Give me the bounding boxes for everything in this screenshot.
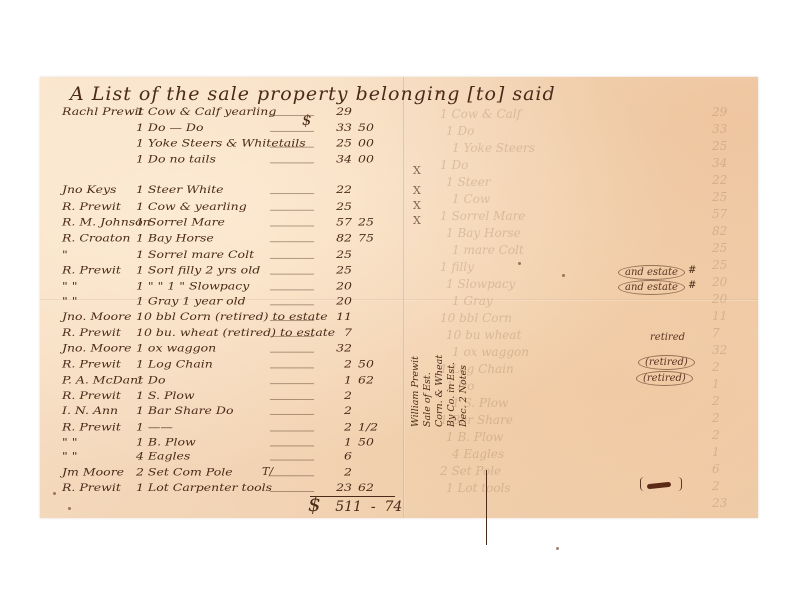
- bleedthrough-line: 1 Yoke Steers: [452, 141, 535, 155]
- item-description: 4 Eagles: [136, 450, 190, 462]
- bleedthrough-amount: 25: [712, 258, 727, 272]
- amount-dollars: 2: [322, 358, 352, 370]
- amount-dollars: 22: [322, 183, 352, 195]
- bleedthrough-line: 1 Do: [446, 379, 474, 393]
- amount-dollars: 2: [322, 465, 352, 477]
- ledger-rule: [270, 368, 314, 369]
- amount-cents: 50: [358, 358, 386, 370]
- bleedthrough-line: 10 bu wheat: [446, 328, 521, 342]
- bleedthrough-amount: 7: [712, 326, 720, 340]
- item-description: 1 ——: [136, 421, 173, 433]
- item-description: 1 Steer White: [136, 183, 224, 195]
- amount-dollars: 25: [322, 264, 352, 276]
- buyer-name: " ": [62, 294, 77, 306]
- buyer-name: Rachl Prewit: [62, 105, 144, 117]
- endorsement-line: By Co. in Est.: [446, 327, 458, 427]
- ledger-rule: [270, 304, 314, 305]
- buyer-name: Jm Moore: [62, 465, 124, 477]
- item-description: 1 Cow & Calf yearling: [136, 105, 276, 117]
- amount-dollars: 33: [322, 121, 352, 133]
- vertical-fold: [403, 77, 405, 518]
- amount-dollars: 1: [322, 436, 352, 448]
- bleedthrough-amount: 29: [712, 105, 727, 119]
- bleedthrough-line: 1 Steer: [446, 175, 490, 189]
- bleedthrough-amount: 1: [712, 445, 720, 459]
- item-description: 2 Set Com Pole: [136, 465, 233, 477]
- amount-dollars: 11: [322, 310, 352, 322]
- item-description: 1 Lot Carpenter tools: [136, 481, 272, 493]
- bleedthrough-line: 1 S. Plow: [452, 396, 508, 410]
- buyer-name: R. Prewit: [62, 421, 121, 433]
- endorsement-line: William Prewit: [410, 327, 422, 427]
- bleedthrough-amount: 20: [712, 275, 727, 289]
- buyer-name: R. Croaton: [62, 231, 130, 243]
- ink-spot: [68, 507, 71, 510]
- buyer-name: Jno. Moore: [62, 310, 132, 322]
- endorsement-line: Corn. & Wheat: [434, 327, 446, 427]
- ledger-rule: [270, 147, 314, 148]
- circled-note: (retired): [638, 355, 695, 370]
- bleedthrough-line: 10 bbl Corn: [440, 311, 512, 325]
- buyer-name: R. Prewit: [62, 326, 121, 338]
- ledger-row: R. Croaton1 Bay Horse8275: [40, 231, 403, 249]
- margin-mark: T/: [262, 465, 273, 478]
- circled-note: and estate: [618, 280, 685, 295]
- ink-spot: [518, 262, 521, 265]
- bleedthrough-amount: 6: [712, 462, 720, 476]
- ledger-row: Jno Keys1 Steer White22: [40, 183, 403, 201]
- amount-cents: 50: [358, 121, 386, 133]
- buyer-name: P. A. McDant: [62, 373, 143, 385]
- buyer-name: R. Prewit: [62, 358, 121, 370]
- item-description: 1 B. Plow: [136, 436, 196, 448]
- bleedthrough-line: 1 B. Plow: [446, 430, 503, 444]
- item-description: 1 Sorrel Mare: [136, 216, 225, 228]
- bleedthrough-amount: 22: [712, 173, 727, 187]
- bleedthrough-amount: 25: [712, 190, 727, 204]
- amount-dollars: 25: [322, 200, 352, 212]
- item-description: 1 Bar Share Do: [136, 404, 233, 416]
- bleedthrough-line: 1 ox waggon: [452, 345, 529, 359]
- dollar-sign-mark: $: [302, 111, 312, 129]
- buyer-name: " ": [62, 280, 77, 292]
- bleedthrough-amount: 34: [712, 156, 727, 170]
- amount-cents: 00: [358, 153, 386, 165]
- amount-dollars: 2: [322, 421, 352, 433]
- amount-dollars: 57: [322, 216, 352, 228]
- amount-dollars: 29: [322, 105, 352, 117]
- buyer-name: Jno Keys: [62, 183, 116, 195]
- amount-dollars: 6: [322, 450, 352, 462]
- amount-cents: 50: [358, 436, 386, 448]
- amount-dollars: 82: [322, 231, 352, 243]
- ledger-rule: [270, 289, 314, 290]
- bleedthrough-line: 1 Bar Share: [440, 413, 513, 427]
- item-description: 1 Bay Horse: [136, 231, 214, 243]
- amount-dollars: 20: [322, 280, 352, 292]
- ledger-rule: [270, 320, 314, 321]
- ink-spot: [438, 91, 441, 94]
- ledger-rule: [270, 399, 314, 400]
- bleedthrough-line: 1 filly: [440, 260, 474, 274]
- buyer-name: Jno. Moore: [62, 342, 132, 354]
- ink-spot: [556, 547, 559, 550]
- item-description: 1 S. Plow: [136, 389, 195, 401]
- amount-cents: 1/2: [358, 421, 386, 433]
- bleedthrough-amount: 82: [712, 224, 727, 238]
- amount-dollars: 1: [322, 373, 352, 385]
- ledger-rule: [270, 414, 314, 415]
- item-description: 1 " " 1 " Slowpacy: [136, 280, 249, 292]
- bleedthrough-line: 1 Cow & Calf: [440, 107, 521, 121]
- bleedthrough-amount: 1: [712, 377, 720, 391]
- item-description: 1 Sorrel mare Colt: [136, 248, 254, 260]
- ledger-row: I. N. Ann1 Bar Share Do2: [40, 404, 403, 422]
- note-mark: #: [688, 265, 696, 276]
- ledger-rule: [270, 274, 314, 275]
- bleedthrough-line: 1 Log Chain: [440, 362, 514, 376]
- item-description: 1 ox waggon: [136, 342, 216, 354]
- ledger-rule: [270, 162, 314, 163]
- item-description: 1 Do — Do: [136, 121, 203, 133]
- ledger-rule: [270, 258, 314, 259]
- note-mark: #: [688, 280, 696, 291]
- ledger-total: $ 511 - 74: [308, 492, 402, 516]
- bleedthrough-line: 1 Cow: [452, 192, 490, 206]
- amount-dollars: 34: [322, 153, 352, 165]
- buyer-name: R. Prewit: [62, 389, 121, 401]
- item-description: 1 Sorl filly 2 yrs old: [136, 264, 260, 276]
- ledger-rule: [270, 431, 314, 432]
- bleedthrough-amount: 2: [712, 479, 720, 493]
- bleedthrough-amount: 25: [712, 139, 727, 153]
- amount-dollars: 25: [322, 137, 352, 149]
- bleedthrough-amount: 2: [712, 411, 720, 425]
- bleedthrough-amount: 33: [712, 122, 727, 136]
- item-description: 1 Do no tails: [136, 153, 216, 165]
- ledger-rule: [270, 383, 314, 384]
- bleedthrough-line: 1 Do: [446, 124, 474, 138]
- ledger-rule: [270, 241, 314, 242]
- amount-cents: 25: [358, 216, 386, 228]
- ledger-rule: [270, 460, 314, 461]
- item-description: 1 Gray 1 year old: [136, 294, 246, 306]
- total-symbol: $: [308, 492, 321, 516]
- bleedthrough-line: 2 Set Pole: [440, 464, 501, 478]
- ledger-rule: [270, 131, 314, 132]
- circled-note: and estate: [618, 265, 685, 280]
- item-description: 1 Cow & yearling: [136, 200, 247, 212]
- ink-spot: [562, 274, 565, 277]
- ledger-rule: [270, 475, 314, 476]
- amount-dollars: 2: [322, 389, 352, 401]
- item-description: 1 Log Chain: [136, 358, 213, 370]
- total-dollars: 511: [335, 499, 362, 515]
- bleedthrough-line: 1 Sorrel Mare: [440, 209, 525, 223]
- x-mark: X: [413, 199, 421, 212]
- document-sheet: A List of the sale property belonging [t…: [40, 77, 758, 518]
- bleedthrough-amount: 2: [712, 428, 720, 442]
- bleedthrough-line: 1 mare Colt: [452, 243, 524, 257]
- bleedthrough-line: 1 Lot tools: [446, 481, 511, 495]
- endorsement-line: Sale of Est.: [422, 327, 434, 427]
- ledger-rule: [270, 226, 314, 227]
- amount-dollars: 7: [322, 326, 352, 338]
- buyer-name: " ": [62, 436, 77, 448]
- buyer-name: R. Prewit: [62, 264, 121, 276]
- amount-cents: 75: [358, 231, 386, 243]
- buyer-name: ": [62, 248, 68, 260]
- ledger-left-page: Rachl Prewit1 Cow & Calf yearling291 Do …: [40, 77, 403, 509]
- bleedthrough-amount: 32: [712, 343, 727, 357]
- bleedthrough-amount: 57: [712, 207, 727, 221]
- x-mark: X: [413, 164, 421, 177]
- total-cents: 74: [384, 499, 402, 515]
- bleedthrough-amount: 2: [712, 394, 720, 408]
- ink-spot: [53, 492, 56, 495]
- bleedthrough-amount: 2: [712, 360, 720, 374]
- ledger-rule: [270, 446, 314, 447]
- ledger-rule: [270, 210, 314, 211]
- ledger-row: 1 Do no tails3400: [40, 153, 403, 171]
- bleedthrough-line: 1 Bay Horse: [446, 226, 521, 240]
- x-mark: X: [413, 184, 421, 197]
- ledger-rule: [270, 336, 314, 337]
- bleedthrough-line: 4 Eagles: [452, 447, 504, 461]
- buyer-name: R. Prewit: [62, 200, 121, 212]
- amount-dollars: 2: [322, 404, 352, 416]
- amount-cents: 00: [358, 137, 386, 149]
- buyer-name: I. N. Ann: [62, 404, 118, 416]
- buyer-name: " ": [62, 450, 77, 462]
- circled-note: (retired): [636, 371, 693, 386]
- total-separator: -: [366, 499, 380, 515]
- endorsement-line: Dec. 2 Notes: [458, 327, 470, 427]
- bleedthrough-amount: 23: [712, 496, 727, 510]
- bleedthrough-amount: 25: [712, 241, 727, 255]
- buyer-name: R. Prewit: [62, 481, 121, 493]
- ledger-rule: [270, 352, 314, 353]
- amount-dollars: 32: [322, 342, 352, 354]
- amount-dollars: 20: [322, 294, 352, 306]
- item-description: 1 Do: [136, 373, 165, 385]
- amount-cents: 62: [358, 373, 386, 385]
- ledger-rule: [270, 193, 314, 194]
- bleedthrough-amount: 11: [712, 309, 727, 323]
- bleedthrough-line: 1 Slowpacy: [446, 277, 515, 291]
- x-mark: X: [413, 214, 421, 227]
- bleedthrough-line: 1 Do: [440, 158, 468, 172]
- margin-note: retired: [644, 331, 691, 344]
- bleedthrough-line: 1 Gray: [452, 294, 493, 308]
- bleedthrough-amount: 20: [712, 292, 727, 306]
- amount-dollars: 25: [322, 248, 352, 260]
